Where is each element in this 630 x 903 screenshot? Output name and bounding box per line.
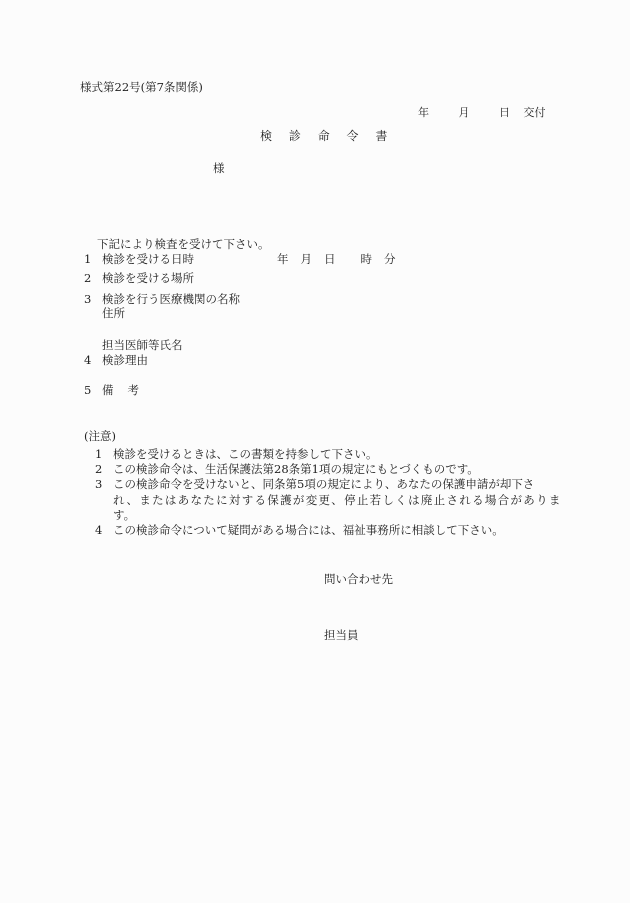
note-item: 4この検診命令について疑問がある場合には、福祉事務所に相談して下さい。 bbox=[95, 525, 504, 537]
issue-year-label: 年 bbox=[418, 107, 429, 118]
note-number: 3 bbox=[95, 479, 113, 491]
note-text: 検診を受けるときは、この書類を持参して下さい。 bbox=[113, 447, 378, 461]
item-exam-reason: 4検診理由 bbox=[84, 355, 148, 367]
form-number: 様式第22号(第7条関係) bbox=[80, 82, 203, 94]
exam-datetime-fields: 年月日時分 bbox=[277, 254, 396, 266]
issue-day-label: 日 bbox=[499, 107, 510, 118]
datetime-day-label: 日 bbox=[324, 254, 336, 266]
item-label: 検診を受ける日時 bbox=[102, 252, 194, 266]
note-number: 1 bbox=[95, 449, 113, 461]
title-char: 書 bbox=[375, 130, 387, 142]
notes-heading: (注意) bbox=[84, 431, 116, 443]
item-exam-datetime: 1検診を受ける日時 bbox=[84, 254, 194, 266]
issue-suffix: 交付 bbox=[524, 107, 546, 118]
item-number: 1 bbox=[84, 254, 102, 266]
note-item: 2この検診命令は、生活保護法第28条第1項の規定にもとづくものです。 bbox=[95, 464, 479, 476]
note-text: この検診命令について疑問がある場合には、福祉事務所に相談して下さい。 bbox=[113, 523, 504, 537]
note-number: 4 bbox=[95, 525, 113, 537]
issue-month-label: 月 bbox=[459, 107, 470, 118]
note-text: この検診命令を受けないと、同条第5項の規定により、あなたの保護申請が却下さ bbox=[113, 477, 534, 491]
recipient-honorific: 様 bbox=[213, 163, 225, 175]
item-label: 検診を行う医療機関の名称 bbox=[102, 292, 240, 306]
note-item: 3この検診命令を受けないと、同条第5項の規定により、あなたの保護申請が却下さ bbox=[95, 479, 534, 491]
datetime-year-label: 年 bbox=[277, 254, 289, 266]
title-char: 令 bbox=[347, 130, 359, 142]
title-char: 命 bbox=[318, 130, 330, 142]
datetime-minute-label: 分 bbox=[384, 254, 396, 266]
item-number: 4 bbox=[84, 355, 102, 367]
contact-label: 問い合わせ先 bbox=[324, 574, 393, 586]
document-title: 検 診 命 令 書 bbox=[260, 130, 400, 142]
item-exam-place: 2検診を受ける場所 bbox=[84, 273, 194, 285]
note-text: この検診命令は、生活保護法第28条第1項の規定にもとづくものです。 bbox=[113, 462, 479, 476]
item-label: 検診理由 bbox=[102, 353, 148, 367]
item-label: 備 bbox=[102, 383, 114, 397]
note-text-continued: す。 bbox=[113, 510, 135, 522]
datetime-month-label: 月 bbox=[301, 254, 313, 266]
item-number: 5 bbox=[84, 385, 102, 397]
item-medical-institution: 3検診を行う医療機関の名称 bbox=[84, 294, 240, 306]
title-char: 検 bbox=[260, 130, 272, 142]
title-char: 診 bbox=[289, 130, 301, 142]
note-text-continued: れ、またはあなたに対する保護が変更、停止若しくは廃止される場合がありま bbox=[113, 495, 562, 507]
staff-label: 担当員 bbox=[324, 630, 359, 642]
issue-date: 年 月 日 交付 bbox=[418, 107, 546, 118]
note-number: 2 bbox=[95, 464, 113, 476]
datetime-hour-label: 時 bbox=[361, 254, 373, 266]
item-label: 検診を受ける場所 bbox=[102, 271, 194, 285]
item-number: 2 bbox=[84, 273, 102, 285]
note-item: 1検診を受けるときは、この書類を持参して下さい。 bbox=[95, 449, 378, 461]
doctor-name-label: 担当医師等氏名 bbox=[102, 340, 183, 352]
item-remarks: 5備考 bbox=[84, 385, 139, 397]
item-label: 考 bbox=[128, 383, 140, 397]
item-number: 3 bbox=[84, 294, 102, 306]
intro-text: 下記により検査を受けて下さい。 bbox=[97, 239, 270, 251]
institution-address-label: 住所 bbox=[102, 308, 125, 320]
